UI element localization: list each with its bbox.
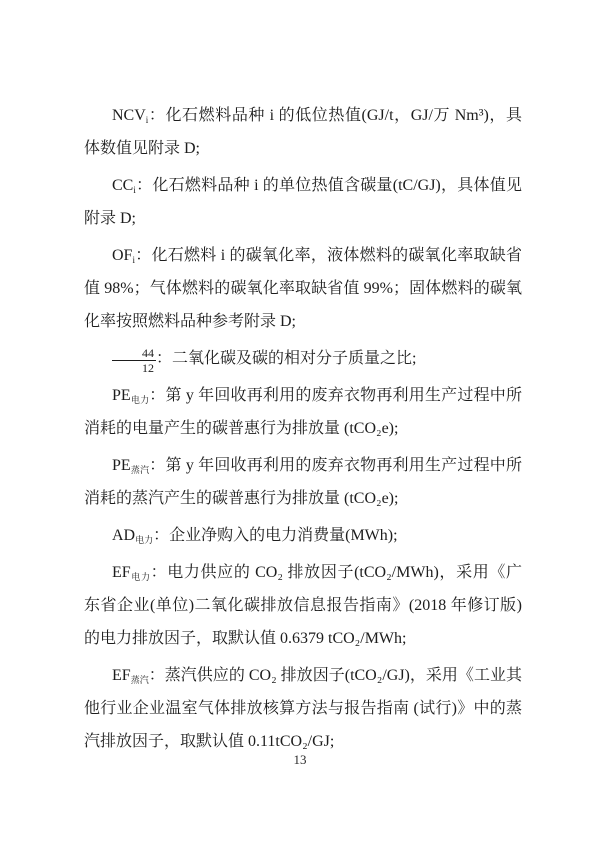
document-page: NCVi：化石燃料品种 i 的低位热值(GJ/t，GJ/万 Nm³)，具体数值见…	[0, 0, 600, 848]
definition-ad-electricity: AD电力：企业净购入的电力消费量(MWh);	[84, 519, 522, 552]
term-subscript: 电力	[131, 572, 151, 582]
definition-text: ：化石燃料品种 i 的低位热值(GJ/t，GJ/万 Nm³)，具体数值见附录 D…	[84, 107, 522, 157]
term-ad-electricity: AD电力	[112, 527, 153, 544]
term-cc: CCi	[112, 177, 136, 194]
term-subscript: 电力	[135, 535, 153, 545]
definition-text: ：蒸汽供应的 CO₂ 排放因子(tCO₂/GJ)，采用《工业其他行业企业温室气体…	[84, 667, 522, 750]
fraction-44-12: 4412	[112, 346, 156, 376]
term-subscript: 蒸汽	[131, 465, 150, 475]
term-ncv: NCVi	[112, 107, 148, 124]
definition-ef-steam: EF蒸汽：蒸汽供应的 CO₂ 排放因子(tCO₂/GJ)，采用《工业其他行业企业…	[84, 659, 522, 758]
term-subscript: 蒸汽	[131, 675, 149, 685]
term-subscript: 电力	[131, 395, 150, 405]
definition-of: OFi：化石燃料 i 的碳氧化率，液体燃料的碳氧化率取缺省值 98%；气体燃料的…	[84, 239, 522, 338]
term-pe-electricity: PE电力	[112, 387, 149, 404]
term-base: PE	[112, 387, 131, 404]
definition-text: ：化石燃料 i 的碳氧化率，液体燃料的碳氧化率取缺省值 98%；气体燃料的碳氧化…	[84, 247, 522, 330]
term-base: AD	[112, 527, 135, 544]
definition-pe-steam: PE蒸汽：第 y 年回收再利用的废弃衣物再利用生产过程中所消耗的蒸汽产生的碳普惠…	[84, 449, 522, 515]
term-base: CC	[112, 177, 133, 194]
definition-ncv: NCVi：化石燃料品种 i 的低位热值(GJ/t，GJ/万 Nm³)，具体数值见…	[84, 99, 522, 165]
fraction-denominator: 12	[112, 361, 156, 375]
definition-text: ：第 y 年回收再利用的废弃衣物再利用生产过程中所消耗的电量产生的碳普惠行为排放…	[84, 387, 522, 437]
definition-text: ：企业净购入的电力消费量(MWh);	[153, 527, 397, 544]
term-base: PE	[112, 457, 131, 474]
term-pe-steam: PE蒸汽	[112, 457, 149, 474]
term-ef-electricity: EF电力	[112, 564, 151, 581]
definition-text: ：第 y 年回收再利用的废弃衣物再利用生产过程中所消耗的蒸汽产生的碳普惠行为排放…	[84, 457, 522, 507]
definition-ratio-44-12: 4412：二氧化碳及碳的相对分子质量之比;	[84, 342, 522, 375]
term-of: OFi	[112, 247, 135, 264]
fraction-numerator: 44	[112, 346, 156, 361]
definition-ef-electricity: EF电力：电力供应的 CO₂ 排放因子(tCO₂/MWh)，采用《广东省企业(单…	[84, 556, 522, 655]
definition-text: ：电力供应的 CO₂ 排放因子(tCO₂/MWh)，采用《广东省企业(单位)二氧…	[84, 564, 522, 647]
definition-cc: CCi：化石燃料品种 i 的单位热值含碳量(tC/GJ)，具体值见附录 D;	[84, 169, 522, 235]
page-number: 13	[0, 752, 600, 768]
term-ef-steam: EF蒸汽	[112, 667, 149, 684]
document-body: NCVi：化石燃料品种 i 的低位热值(GJ/t，GJ/万 Nm³)，具体数值见…	[84, 99, 522, 762]
term-base: NCV	[112, 107, 146, 124]
definition-pe-electricity: PE电力：第 y 年回收再利用的废弃衣物再利用生产过程中所消耗的电量产生的碳普惠…	[84, 379, 522, 445]
term-base: EF	[112, 667, 131, 684]
definition-text: ：化石燃料品种 i 的单位热值含碳量(tC/GJ)，具体值见附录 D;	[84, 177, 522, 227]
term-base: OF	[112, 247, 132, 264]
term-base: EF	[112, 564, 131, 581]
definition-text: ：二氧化碳及碳的相对分子质量之比;	[156, 350, 416, 367]
